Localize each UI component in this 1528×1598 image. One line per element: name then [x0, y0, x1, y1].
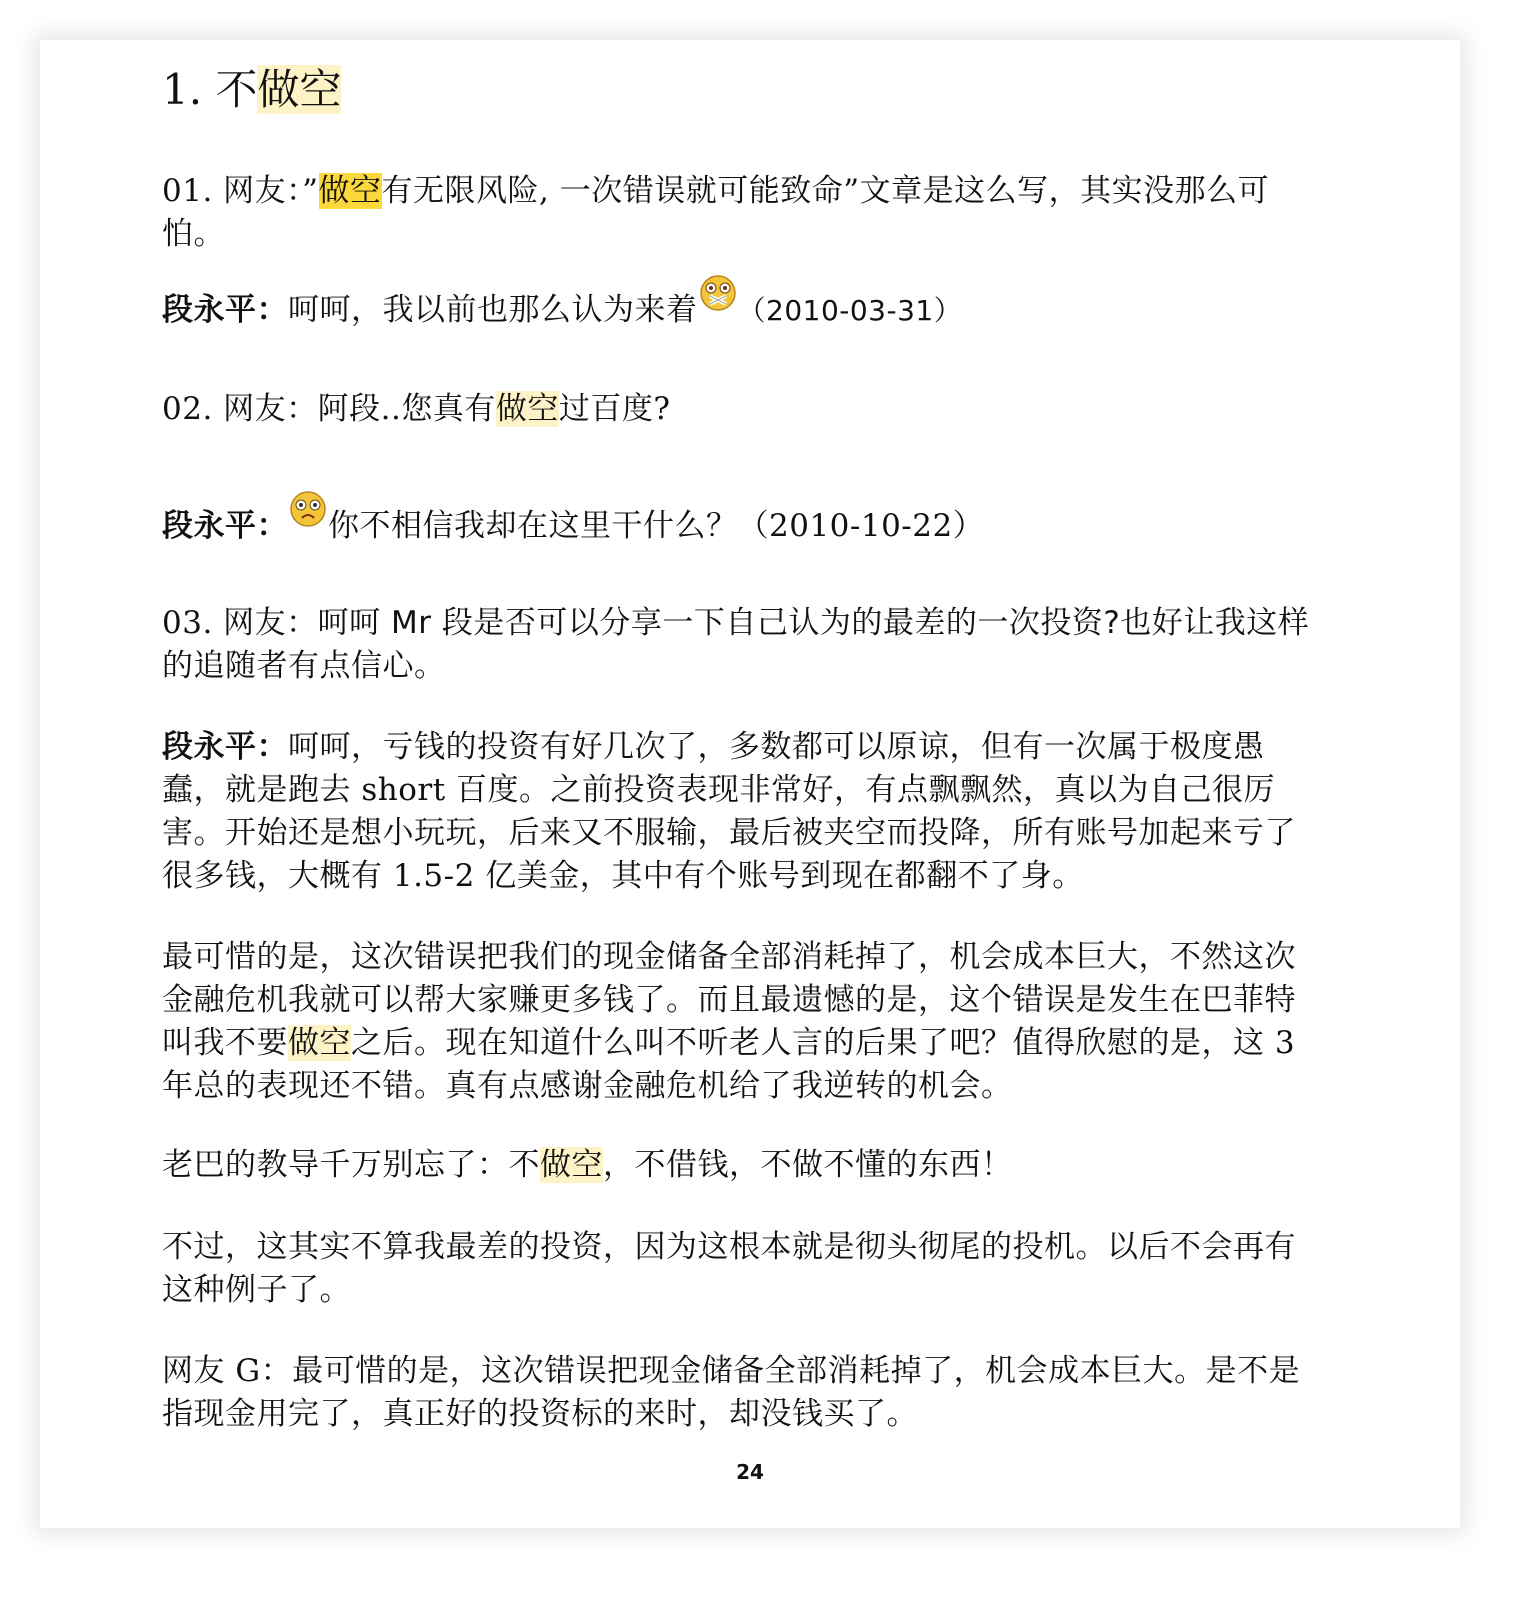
answer-01: 段永平：呵呵，我以前也那么认为来着（2010-03-31） — [162, 282, 1312, 332]
paragraph-text: 不过，这其实不算我最差的投资，因为这根本就是彻头彻尾的投机。以后不会再有这种例子… — [162, 1229, 1296, 1308]
question-03: 03. 网友：呵呵 Mr 段是否可以分享一下自己认为的最差的一次投资?也好让我这… — [162, 602, 1312, 688]
paragraph-netizen-g: 网友 G：最可惜的是，这次错误把现金储备全部消耗掉了，机会成本巨大。是不是指现金… — [162, 1350, 1312, 1436]
answer-03: 段永平：呵呵，亏钱的投资有好几次了，多数都可以原谅，但有一次属于极度愚蠢，就是跑… — [162, 726, 1312, 898]
title-highlight: 做空 — [257, 65, 341, 114]
question-text: 过百度? — [559, 391, 671, 427]
page-number: 24 — [40, 1460, 1460, 1484]
paragraph-text: ，不借钱，不做不懂的东西！ — [603, 1147, 1013, 1183]
quote-mark: ” — [302, 173, 318, 209]
search-highlight: 做空 — [319, 173, 382, 209]
answer-text: 呵呵，我以前也那么认为来着 — [288, 292, 698, 328]
question-01: 01. 网友：”做空有无限风险, 一次错误就可能致命”文章是这么写，其实没那么可… — [162, 170, 1312, 256]
paragraph-regret: 最可惜的是，这次错误把我们的现金储备全部消耗掉了，机会成本巨大，不然这次金融危机… — [162, 936, 1312, 1108]
answer-02: 段永平：你不相信我却在这里干什么？（2010-10-22） — [162, 498, 1312, 548]
title-prefix: 不 — [215, 65, 257, 114]
paragraph-buffett-rules: 老巴的教导千万别忘了：不做空，不借钱，不做不懂的东西！ — [162, 1144, 1312, 1187]
question-02: 02. 网友：阿段..您真有做空过百度? — [162, 388, 1312, 431]
question-prefix: 01. 网友： — [162, 173, 302, 209]
question-prefix: 03. 网友： — [162, 605, 318, 641]
speaker-label: 段永平： — [162, 508, 288, 544]
search-highlight: 做空 — [496, 391, 559, 427]
paragraph-speculation: 不过，这其实不算我最差的投资，因为这根本就是彻头彻尾的投机。以后不会再有这种例子… — [162, 1226, 1312, 1312]
search-highlight: 做空 — [288, 1025, 351, 1061]
speaker-label: 段永平： — [162, 292, 288, 328]
paragraph-text: 老巴的教导千万别忘了：不 — [162, 1147, 540, 1183]
question-text: 呵呵 Mr 段是否可以分享一下自己认为的最差的一次投资?也好让我这样的追随者有点… — [162, 605, 1309, 684]
speaker-label: 段永平： — [162, 729, 288, 765]
document-page: 1. 不做空 01. 网友：”做空有无限风险, 一次错误就可能致命”文章是这么写… — [40, 40, 1460, 1528]
section-title: 1. 不做空 — [162, 62, 341, 118]
section-number: 1. — [162, 65, 202, 114]
answer-text: 你不相信我却在这里干什么？（2010-10-22） — [328, 508, 984, 544]
question-prefix: 02. 网友：阿段..您真有 — [162, 391, 496, 427]
shh-emoji-icon — [698, 272, 738, 310]
paragraph-text: 网友 G：最可惜的是，这次错误把现金储备全部消耗掉了，机会成本巨大。是不是指现金… — [162, 1353, 1300, 1432]
answer-text: 呵呵，亏钱的投资有好几次了，多数都可以原谅，但有一次属于极度愚蠢，就是跑去 sh… — [162, 729, 1296, 894]
worried-emoji-icon — [288, 488, 328, 526]
search-highlight: 做空 — [540, 1147, 603, 1183]
answer-date: （2010-03-31） — [738, 294, 963, 327]
